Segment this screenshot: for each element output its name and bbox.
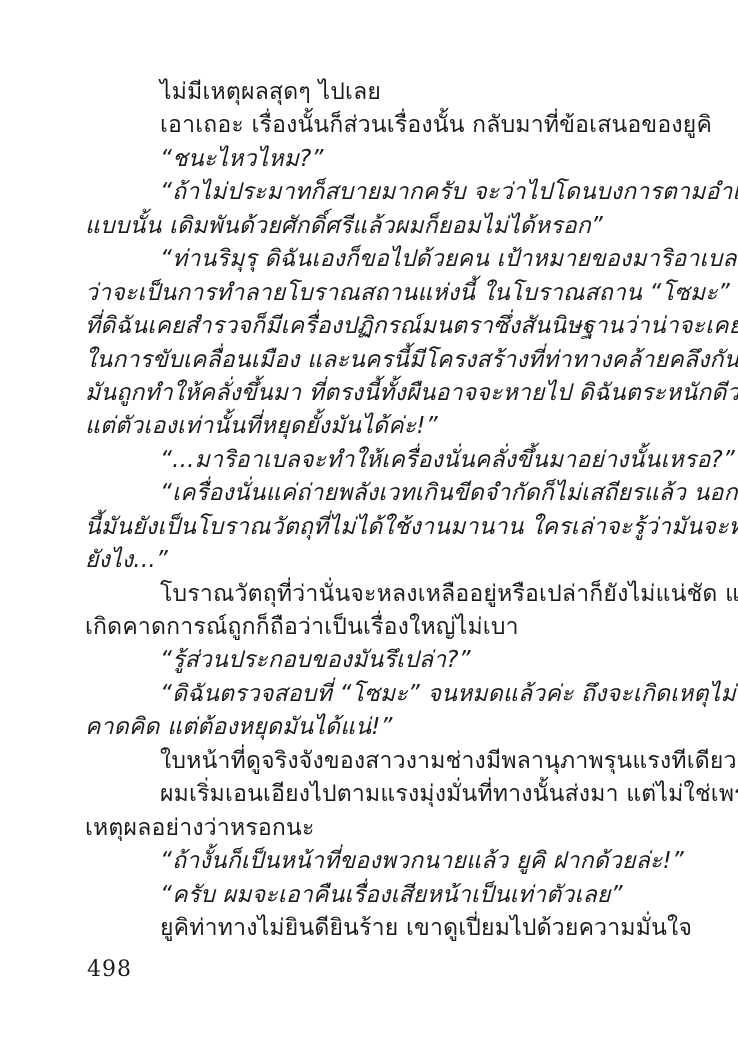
text-line: “ถ้างั้นก็เป็นหน้าที่ของพวกนายแล้ว ยูคิ … — [85, 845, 665, 878]
text-line: แต่ตัวเองเท่านั้นที่หยุดยั้งมันได้ค่ะ!” — [85, 410, 665, 443]
text-lines: ไม่มีเหตุผลสุดๆ ไปเลยเอาเถอะ เรื่องนั้นก… — [85, 76, 665, 945]
text-line: เหตุผลอย่างว่าหรอกนะ — [85, 812, 665, 845]
text-line: ผมเริ่มเอนเอียงไปตามแรงมุ่งมั่นที่ทางนั้… — [85, 778, 665, 811]
text-line: คาดคิด แต่ต้องหยุดมันได้แน่!” — [85, 711, 665, 744]
text-line: ใบหน้าที่ดูจริงจังของสาวงามช่างมีพลานุภา… — [85, 745, 665, 778]
text-line: ยังไง...” — [85, 544, 665, 577]
text-line: “ชนะไหวไหม?” — [85, 143, 665, 176]
text-line: แบบนั้น เดิมพันด้วยศักดิ์ศรีแล้วผมก็ยอมไ… — [85, 210, 665, 243]
text-line: “ท่านริมุรุ ดิฉันเองก็ขอไปด้วยคน เป้าหมา… — [85, 243, 665, 276]
text-line: นี้มันยังเป็นโบราณวัตถุที่ไม่ได้ใช้งานมา… — [85, 511, 665, 544]
text-line: มันถูกทำให้คลั่งขึ้นมา ที่ตรงนี้ทั้งผืนอ… — [85, 377, 665, 410]
text-line: ในการขับเคลื่อนเมือง และนครนี้มีโครงสร้า… — [85, 344, 665, 377]
text-line: ว่าจะเป็นการทำลายโบราณสถานแห่งนี้ ในโบรา… — [85, 277, 665, 310]
book-page: ไม่มีเหตุผลสุดๆ ไปเลยเอาเถอะ เรื่องนั้นก… — [0, 0, 738, 1051]
text-line: โบราณวัตถุที่ว่านั่นจะหลงเหลืออยู่หรือเป… — [85, 578, 665, 611]
text-line: “ดิฉันตรวจสอบที่ “โซมะ” จนหมดแล้วค่ะ ถึง… — [85, 678, 665, 711]
text-line: เกิดคาดการณ์ถูกก็ถือว่าเป็นเรื่องใหญ่ไม่… — [85, 611, 665, 644]
text-line: “เครื่องนั่นแค่ถ่ายพลังเวทเกินขีดจำกัดก็… — [85, 477, 665, 510]
text-line: ยูคิท่าทางไม่ยินดียินร้าย เขาดูเปี่ยมไปด… — [85, 912, 665, 945]
text-line: “ถ้าไม่ประมาทก็สบายมากครับ จะว่าไปโดนบงก… — [85, 176, 665, 209]
text-line: “...มาริอาเบลจะทำให้เครื่องนั่นคลั่งขึ้น… — [85, 444, 665, 477]
page-number: 498 — [87, 957, 132, 982]
text-line: “รู้ส่วนประกอบของมันรึเปล่า?” — [85, 644, 665, 677]
text-line: “ครับ ผมจะเอาคืนเรื่องเสียหน้าเป็นเท่าตั… — [85, 879, 665, 912]
text-line: ที่ดิฉันเคยสำรวจก็มีเครื่องปฏิกรณ์มนตราซ… — [85, 310, 665, 343]
text-line: เอาเถอะ เรื่องนั้นก็ส่วนเรื่องนั้น กลับม… — [85, 109, 665, 142]
text-line: ไม่มีเหตุผลสุดๆ ไปเลย — [85, 76, 665, 109]
